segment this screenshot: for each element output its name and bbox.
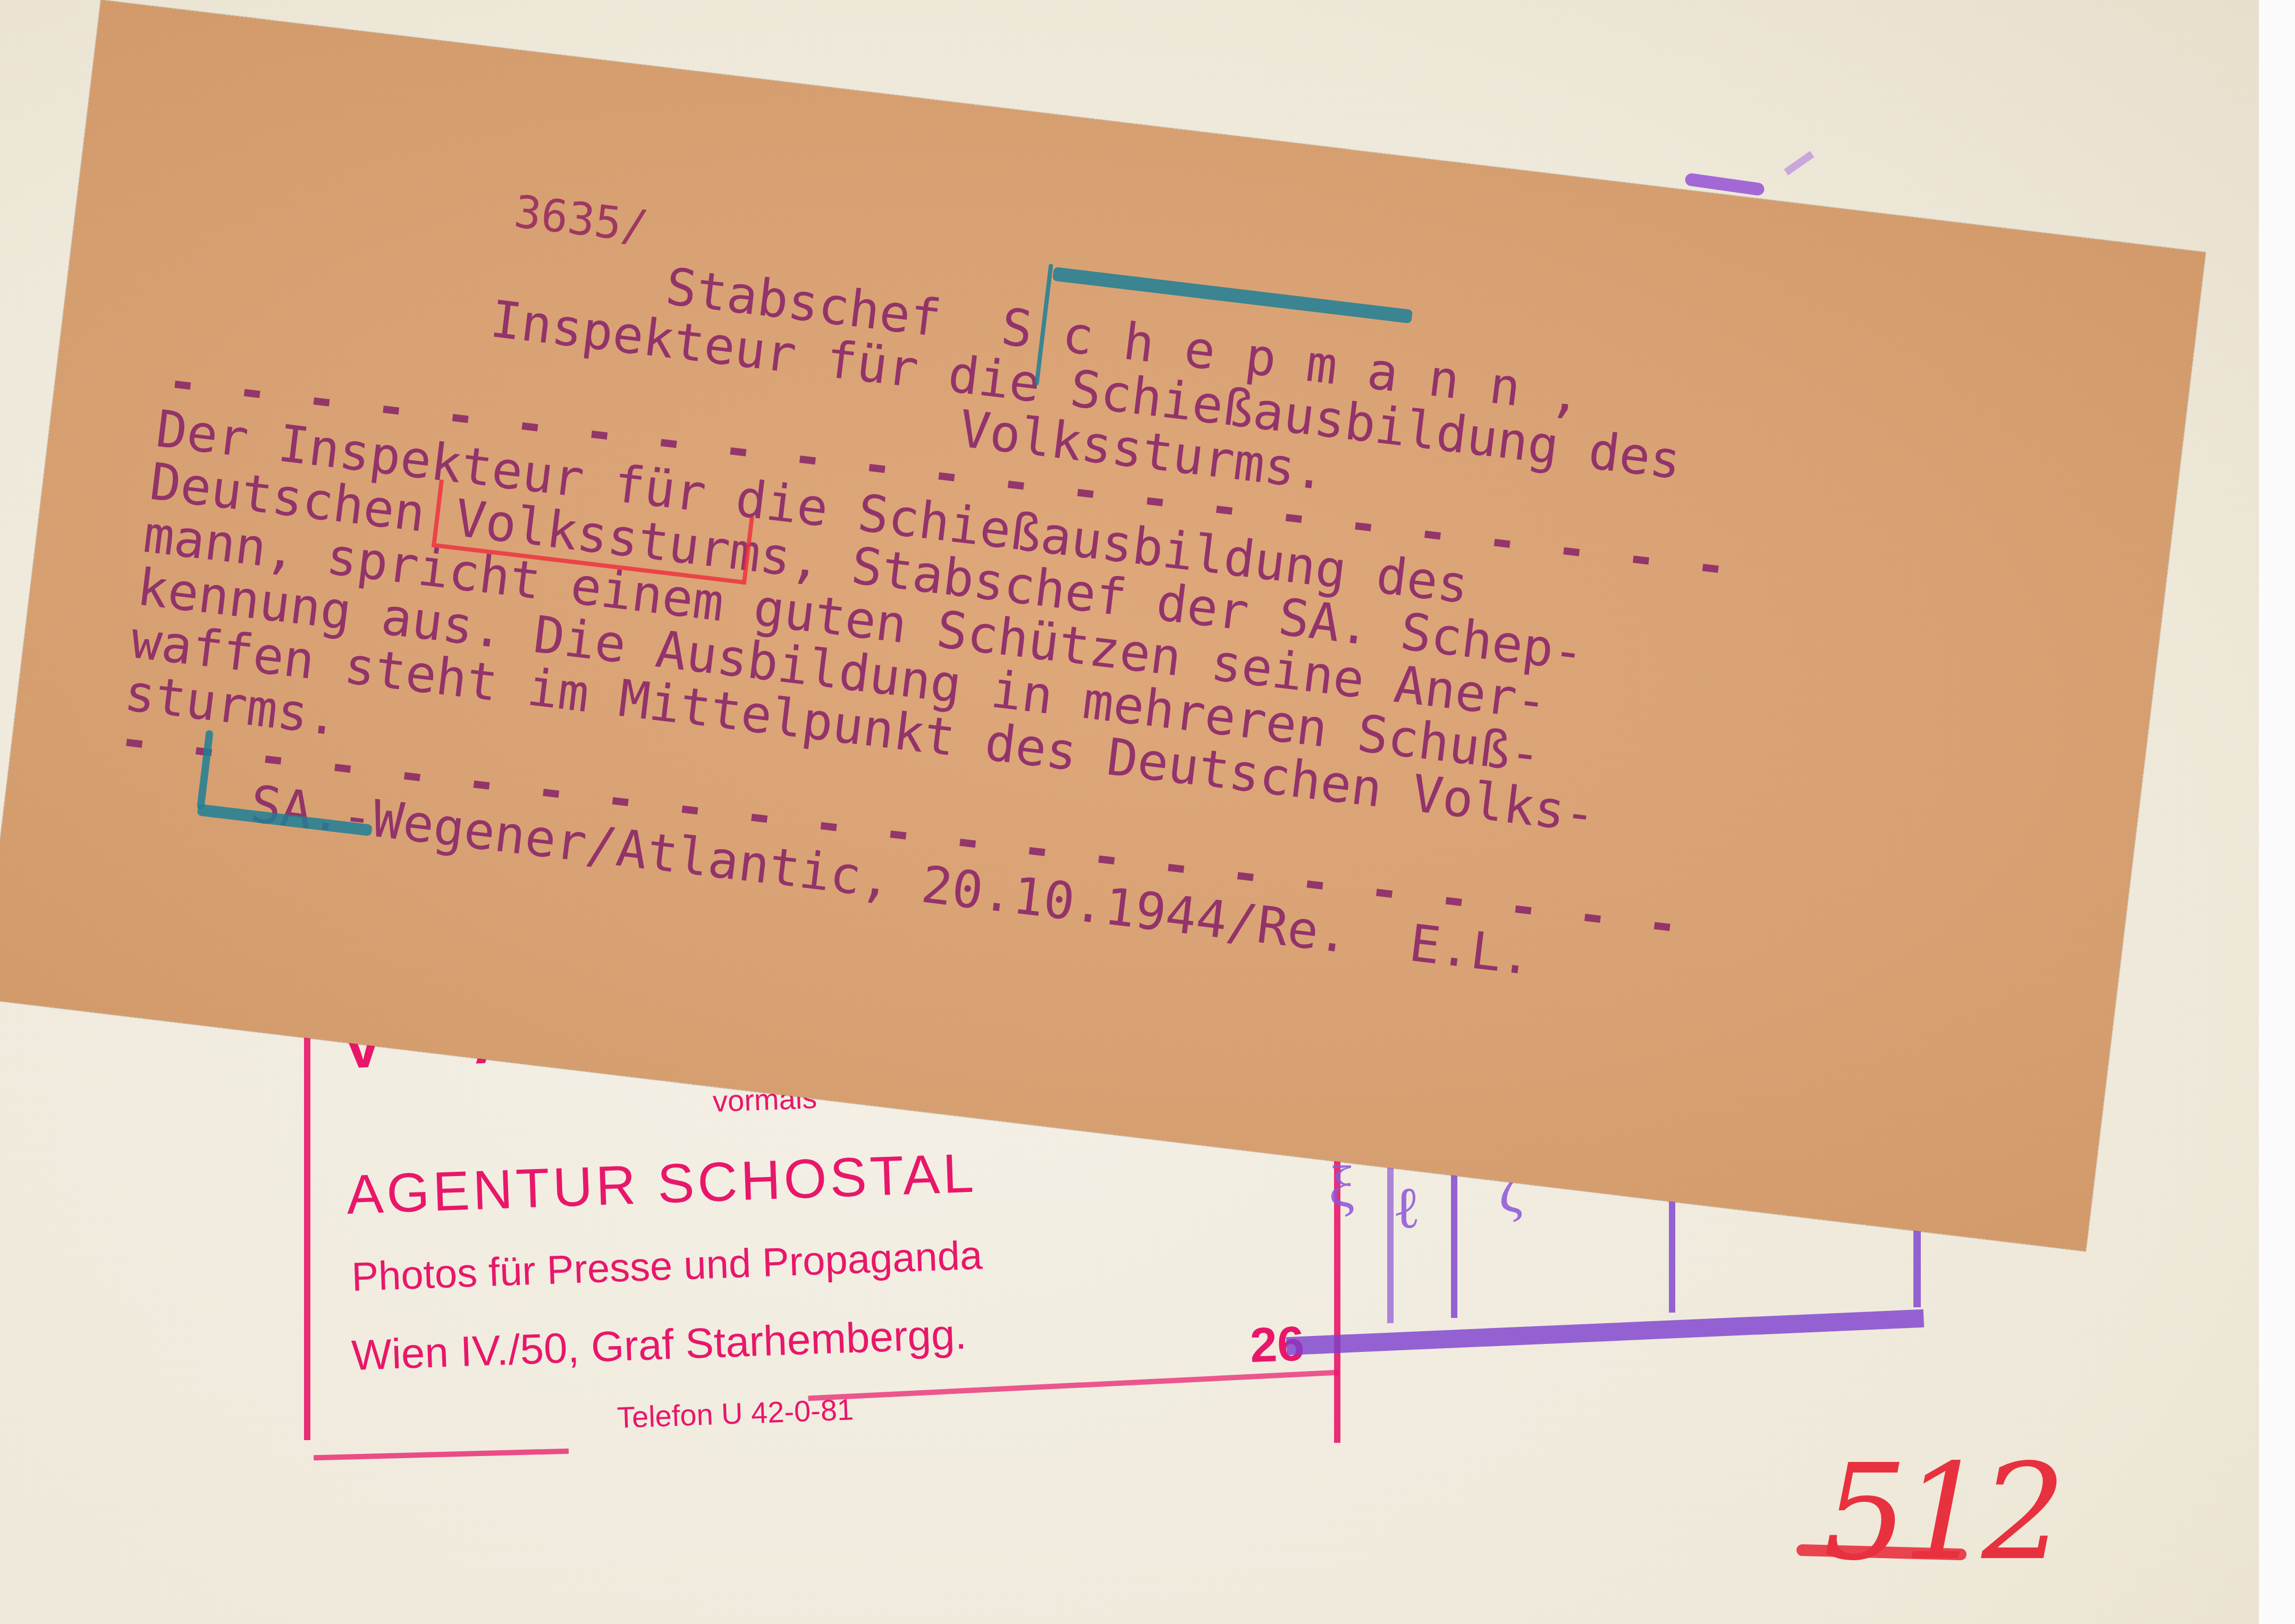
stamp-address: Wien IV./50, Graf Starhembergg. bbox=[351, 1310, 967, 1380]
stamp-frame-bottom bbox=[314, 1449, 569, 1461]
purple-stamp-glyph: ξ bbox=[1329, 1153, 1355, 1221]
handwritten-number: 512 bbox=[1823, 1435, 2061, 1589]
purple-stamp-glyph: ℓ bbox=[1393, 1174, 1421, 1242]
stamp-frame-bottom bbox=[808, 1370, 1339, 1401]
stamp-frame-left bbox=[304, 1004, 310, 1440]
stamp-phone: Telefon U 42-0-81 bbox=[617, 1392, 854, 1434]
purple-stamp-bottom-bar bbox=[1286, 1309, 1924, 1355]
stamp-tagline: Photos für Presse und Propaganda bbox=[351, 1232, 983, 1300]
scan-edge bbox=[2259, 0, 2295, 1624]
reference-number: 3635/ bbox=[512, 189, 651, 250]
stamp-agency-name: AGENTUR SCHOSTAL bbox=[345, 1142, 978, 1227]
